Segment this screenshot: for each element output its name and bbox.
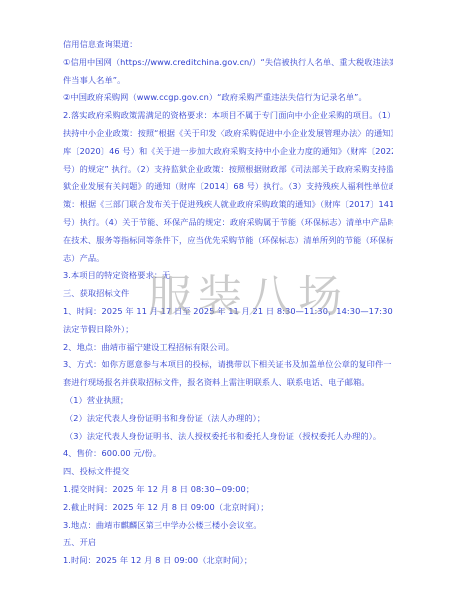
price-line: 4、售价：600.00 元/份。	[63, 445, 393, 463]
policy-requirement-line: 号）执行。（4）关于节能、环保产品的规定：政府采购属于节能（环保标志）清单中产品…	[63, 214, 393, 232]
submission-time-line: 1.提交时间：2025 年 12 月 8 日 08:30~09:00；	[63, 481, 393, 499]
credit-china-line: ①信用中国网（https://www.creditchina.gov.cn/）“…	[63, 54, 393, 72]
policy-requirement-line: 志）产品。	[63, 250, 393, 268]
opening-time-line: 1.时间：2025 年 12 月 8 日 09:00（北京时间）；	[63, 552, 393, 570]
policy-requirement-line: 在技术、服务等指标同等条件下，应当优先采购节能（环保标志）清单所列的节能（环保标	[63, 232, 393, 250]
section-heading-submission: 四、投标文件提交	[63, 463, 393, 481]
required-doc-item: （1）营业执照；	[63, 392, 393, 410]
specific-qualification-line: 3.本项目的特定资格要求：无	[63, 267, 393, 285]
heading-credit-query: 信用信息查询渠道：	[63, 36, 393, 54]
credit-china-line-cont: 件当事人名单”。	[63, 72, 393, 90]
obtain-time-line: 1、时间：2025 年 11 月 17 日至 2025 年 11 月 21 日 …	[63, 303, 393, 321]
section-heading-obtain-docs: 三、获取招标文件	[63, 285, 393, 303]
section-heading-opening: 五、开启	[63, 534, 393, 552]
obtain-method-line: 3、方式：如你方愿意参与本项目的投标，请携带以下相关证书及加盖单位公章的复印件一	[63, 356, 393, 374]
policy-requirement-line: 2.落实政府采购政策需满足的资格要求：本项目不属于专门面向中小企业采购的项目。（…	[63, 107, 393, 125]
obtain-location-line: 2、地点：曲靖市福宁建设工程招标有限公司。	[63, 339, 393, 357]
required-doc-item: （3）法定代表人身份证明书、法人授权委托书和委托人身份证（授权委托人办理的）。	[63, 428, 393, 446]
policy-requirement-line: 策：根据《三部门联合发布关于促进残疾人就业政府采购政策的通知》（财库〔2017〕…	[63, 196, 393, 214]
obtain-method-line-cont: 套进行现场报名并获取招标文件，报名资料上需注明联系人、联系电话、电子邮箱。	[63, 374, 393, 392]
policy-requirement-line: 狱企业发展有关问题》的通知（财库〔2014〕68 号）执行。（3）支持残疾人福利…	[63, 178, 393, 196]
ccgp-line: ②中国政府采购网（www.ccgp.gov.cn）“政府采购严重违法失信行为记录…	[63, 89, 393, 107]
policy-requirement-line: 库〔2020〕46 号）和《关于进一步加大政府采购支持中小企业力度的通知》（财库…	[63, 143, 393, 161]
deadline-line: 2.截止时间：2025 年 12 月 8 日 09:00（北京时间）；	[63, 499, 393, 517]
required-doc-item: （2）法定代表人身份证明书和身份证（法人办理的）；	[63, 410, 393, 428]
submission-location-line: 3.地点：曲靖市麒麟区第三中学办公楼三楼小会议室。	[63, 517, 393, 535]
policy-requirement-line: 扶持中小企业政策：按照“根据《关于印发〈政府采购促进中小企业发展管理办法〉的通知…	[63, 125, 393, 143]
document-body: 信用信息查询渠道： ①信用中国网（https://www.creditchina…	[63, 36, 393, 570]
obtain-time-line-cont: 法定节假日除外）；	[63, 321, 393, 339]
policy-requirement-line: 号）的规定” 执行。（2）支持监狱企业政策：按照根据财政部《司法部关于政府采购支…	[63, 161, 393, 179]
